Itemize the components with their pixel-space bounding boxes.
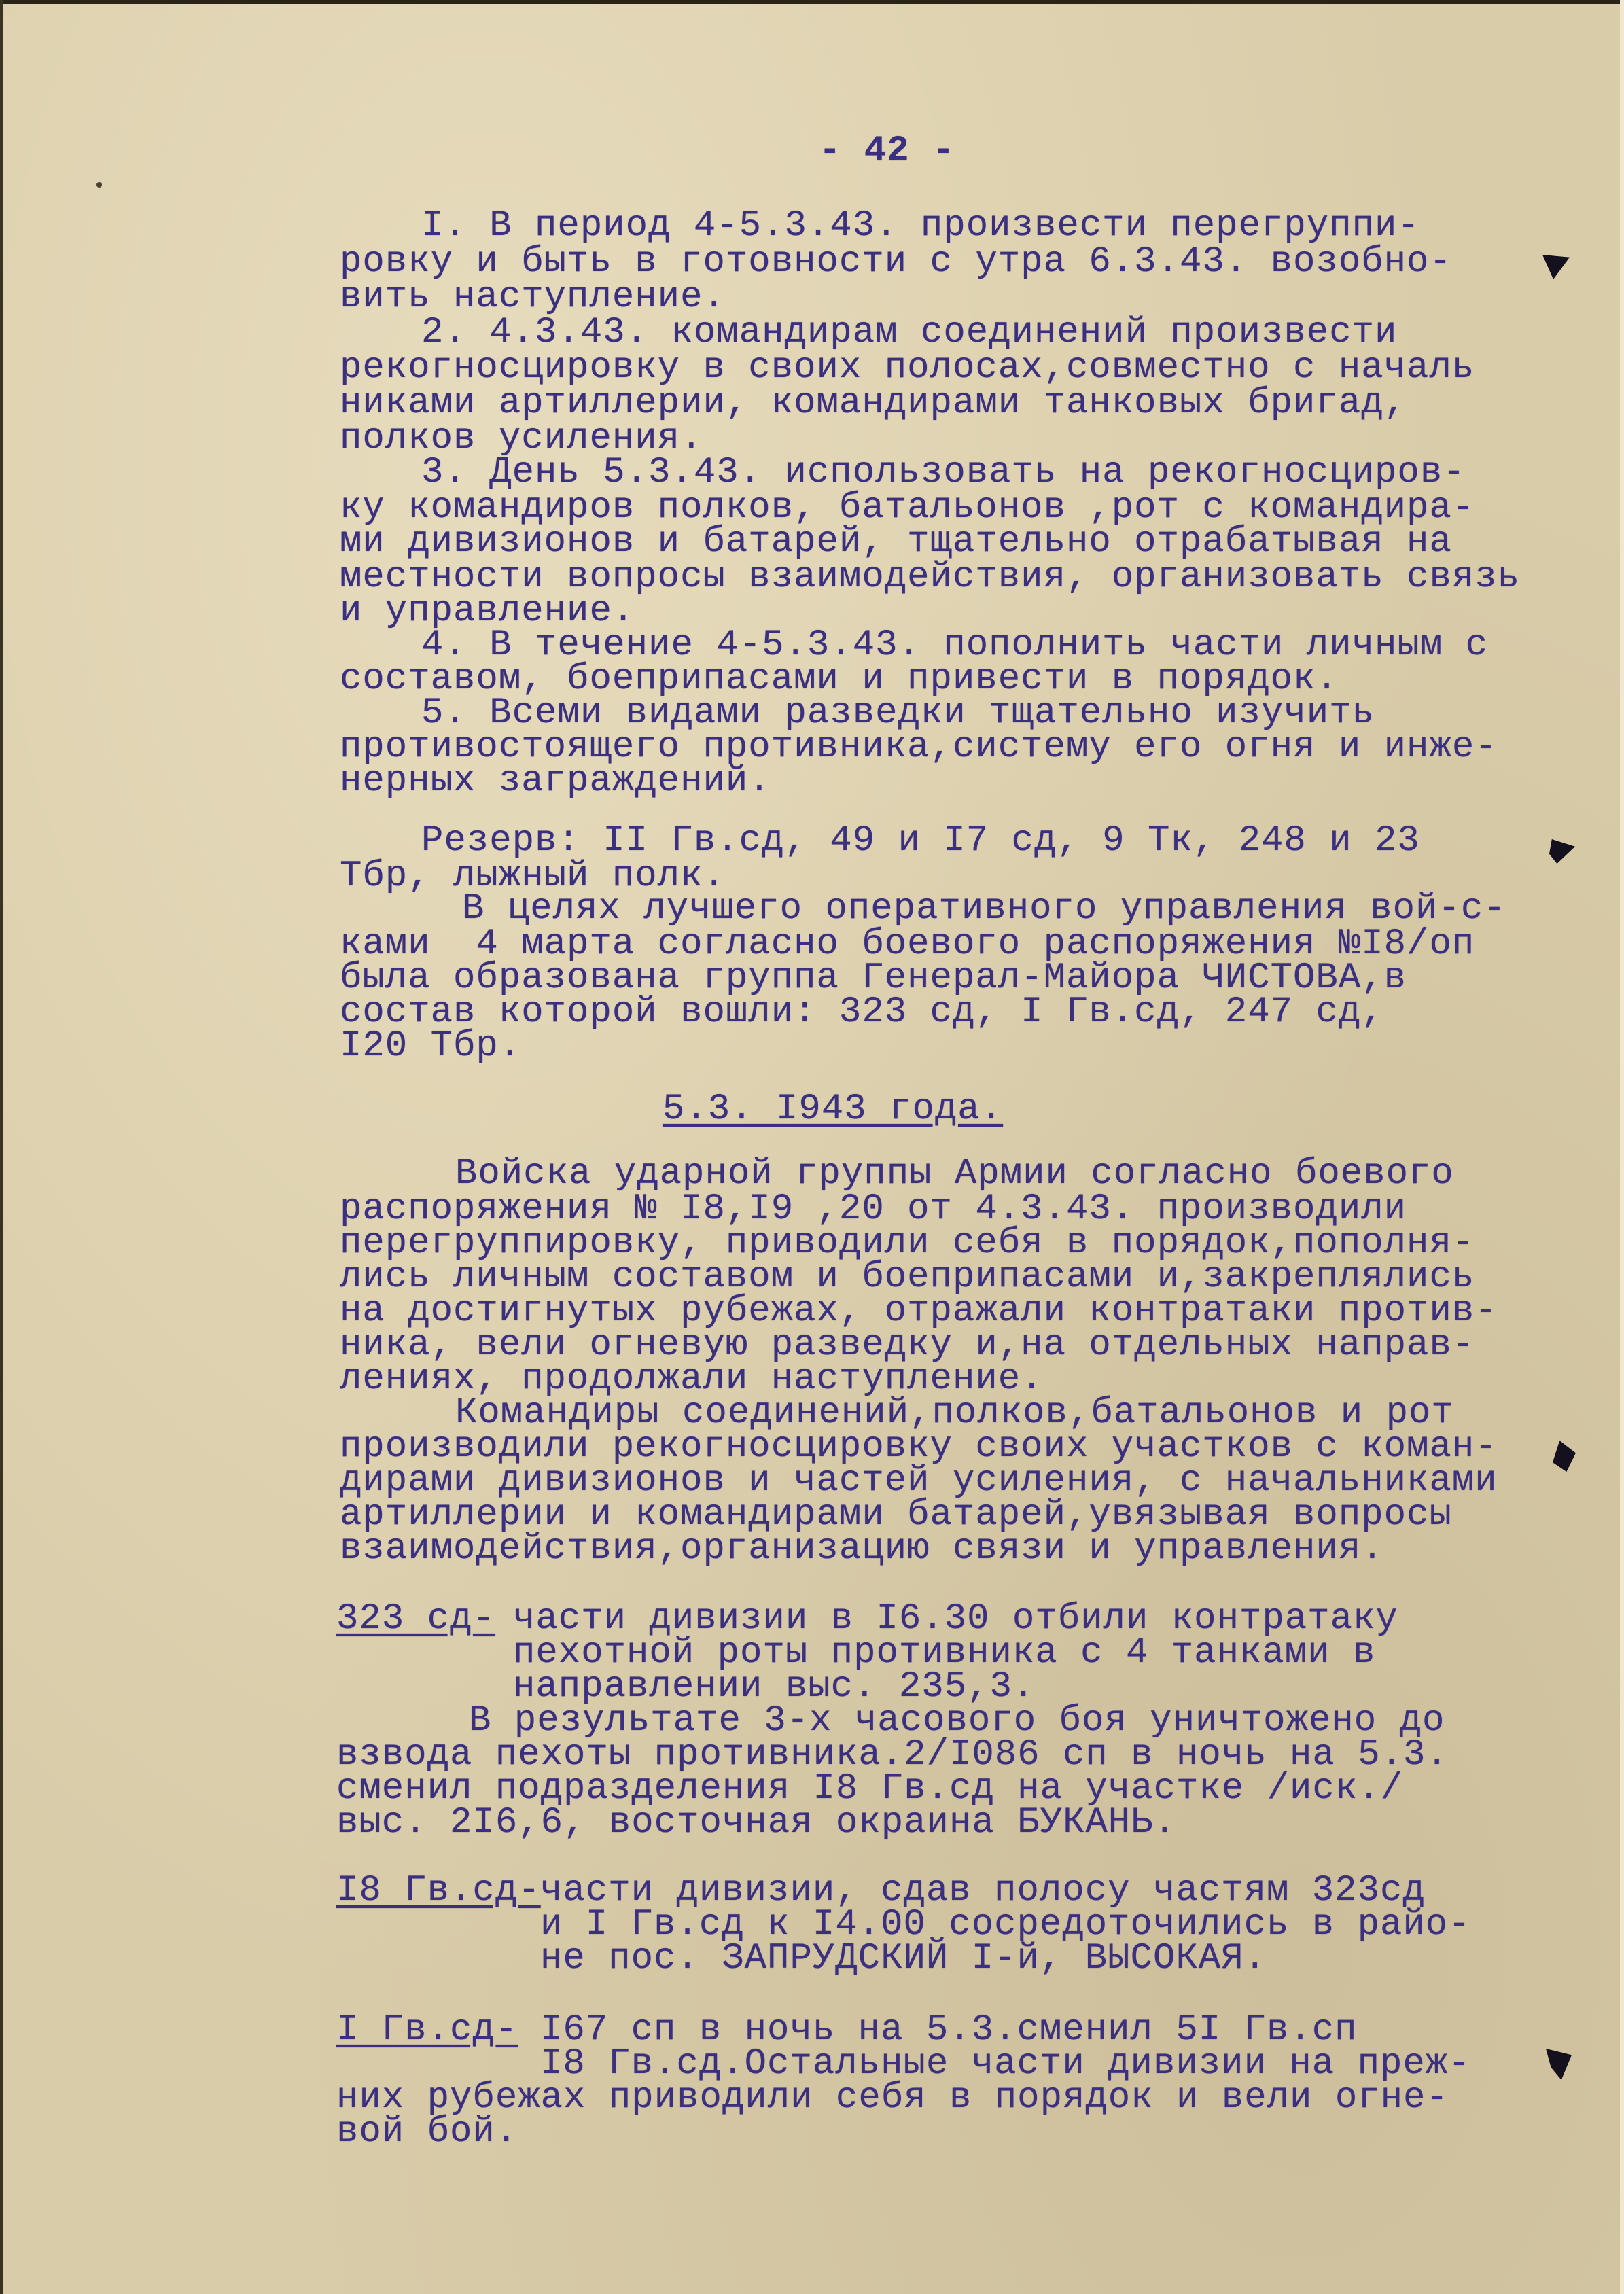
order-line: 2. 4.3.43. командирам соединений произве… xyxy=(421,314,1397,352)
document-page: - 42 - I. В период 4-5.3.43. произвести … xyxy=(0,0,1624,2294)
unit-report-line: не пос. ЗАПРУДСКИЙ I-й, ВЫСОКАЯ. xyxy=(540,1940,1267,1978)
reserve-line: Резерв: II Гв.сд, 49 и I7 сд, 9 Тк, 248 … xyxy=(421,822,1420,860)
unit-report-line: вой бой. xyxy=(336,2113,518,2151)
unit-report-line: выс. 2I6,6, восточная окраина БУКАНЬ. xyxy=(336,1804,1176,1842)
page-number: - 42 - xyxy=(819,133,955,171)
order-line: рекогносцировку в своих полосах,совместн… xyxy=(340,349,1475,387)
order-line: I. В период 4-5.3.43. произвести перегру… xyxy=(421,207,1420,245)
order-line: вить наступление. xyxy=(340,279,726,317)
section-heading-date: 5.3. I943 года. xyxy=(663,1091,1003,1129)
summary-line: Войска ударной группы Армии согласно бое… xyxy=(455,1155,1454,1193)
order-line: 3. День 5.3.43. использовать на рекогнос… xyxy=(421,454,1466,492)
unit-label-1-gv: I Гв.сд- xyxy=(336,2011,518,2049)
order-line: ровку и быть в готовности с утра 6.3.43.… xyxy=(340,243,1452,281)
order-line: ми дивизионов и батарей, тщательно отраб… xyxy=(340,523,1452,561)
unit-label-18-gv: I8 Гв.сд- xyxy=(336,1872,541,1910)
summary-line: взаимодействия,организацию связи и управ… xyxy=(340,1530,1384,1568)
unit-label-323: 323 сд- xyxy=(336,1600,495,1638)
order-line: нерных заграждений. xyxy=(340,762,771,800)
reserve-line: В целях лучшего оперативного управления … xyxy=(462,890,1506,928)
reserve-line: I20 Тбр. xyxy=(340,1027,521,1065)
order-line: никами артиллерии, командирами танковых … xyxy=(340,385,1407,423)
